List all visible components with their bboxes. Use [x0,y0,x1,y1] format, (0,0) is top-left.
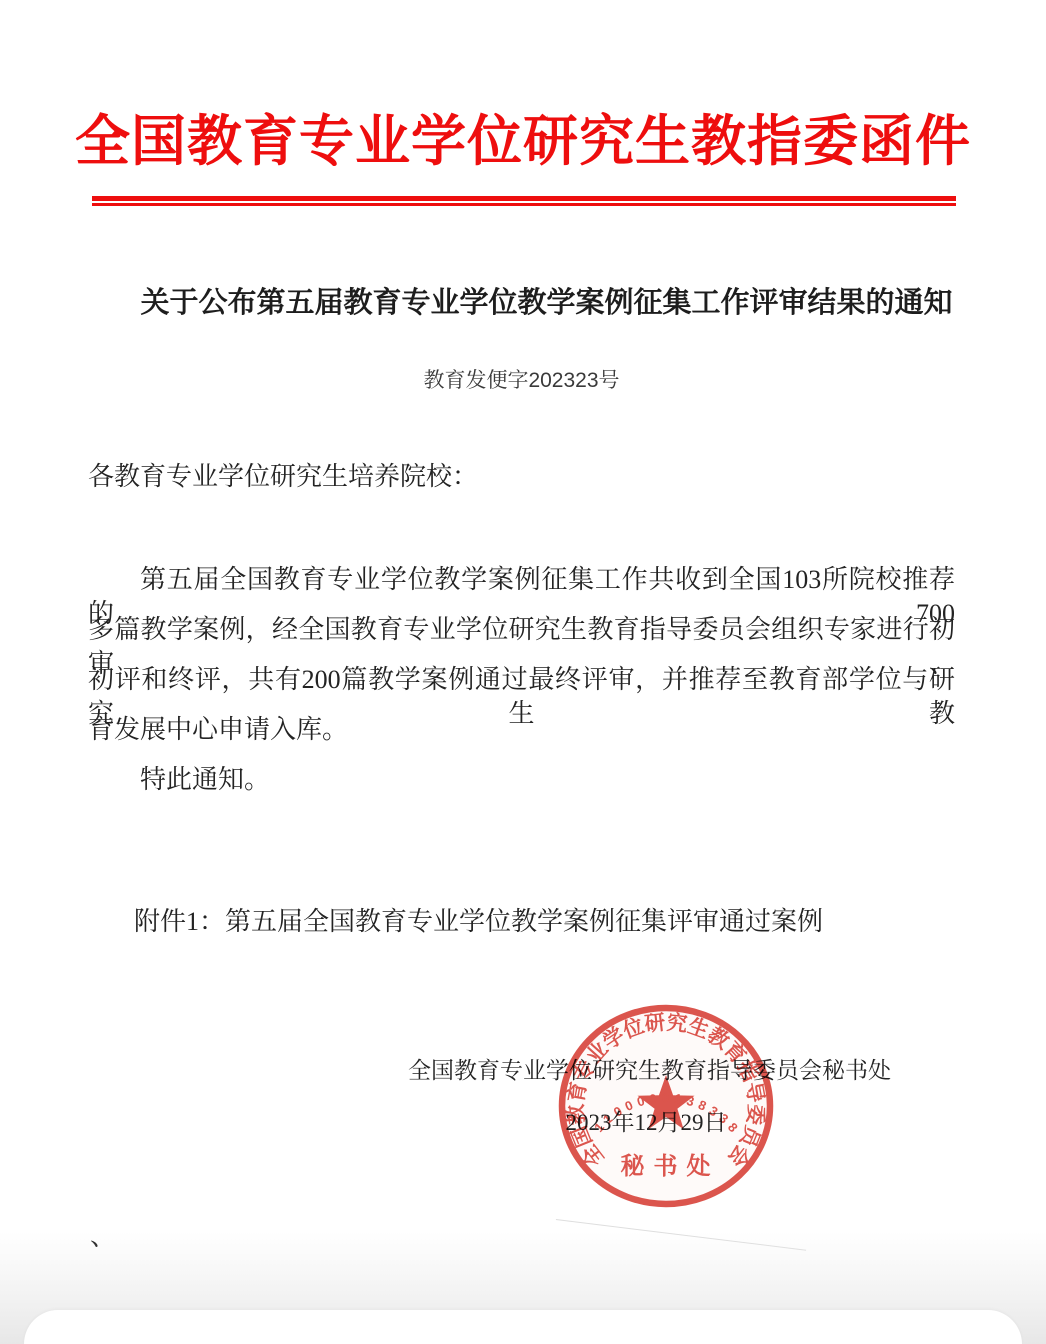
body-line-4: 育发展中心申请入库。 [88,713,955,747]
official-seal-stamp: 全国教育专业学位研究生教育指导委员会 秘书处 1100000138338 [554,1002,778,1214]
next-content-card [24,1310,1022,1344]
seal-center-label: 秘书处 [621,1153,720,1180]
closing-phrase: 特此通知。 [140,763,270,797]
letterhead-rule-thin [92,203,956,206]
salutation: 各教育专业学位研究生培养院校： [88,460,955,494]
notice-title: 关于公布第五届教育专业学位教学案例征集工作评审结果的通知 [113,284,980,322]
letterhead-rule-thick [92,196,956,201]
official-letter-page: 全国教育专业学位研究生教指委函件 关于公布第五届教育专业学位教学案例征集工作评审… [0,0,1046,1344]
letterhead-title: 全国教育专业学位研究生教指委函件 [0,108,1046,174]
attachment-line: 附件1：第五届全国教育专业学位教学案例征集评审通过案例 [134,905,823,939]
document-number: 教育发便字202323号 [88,367,955,395]
